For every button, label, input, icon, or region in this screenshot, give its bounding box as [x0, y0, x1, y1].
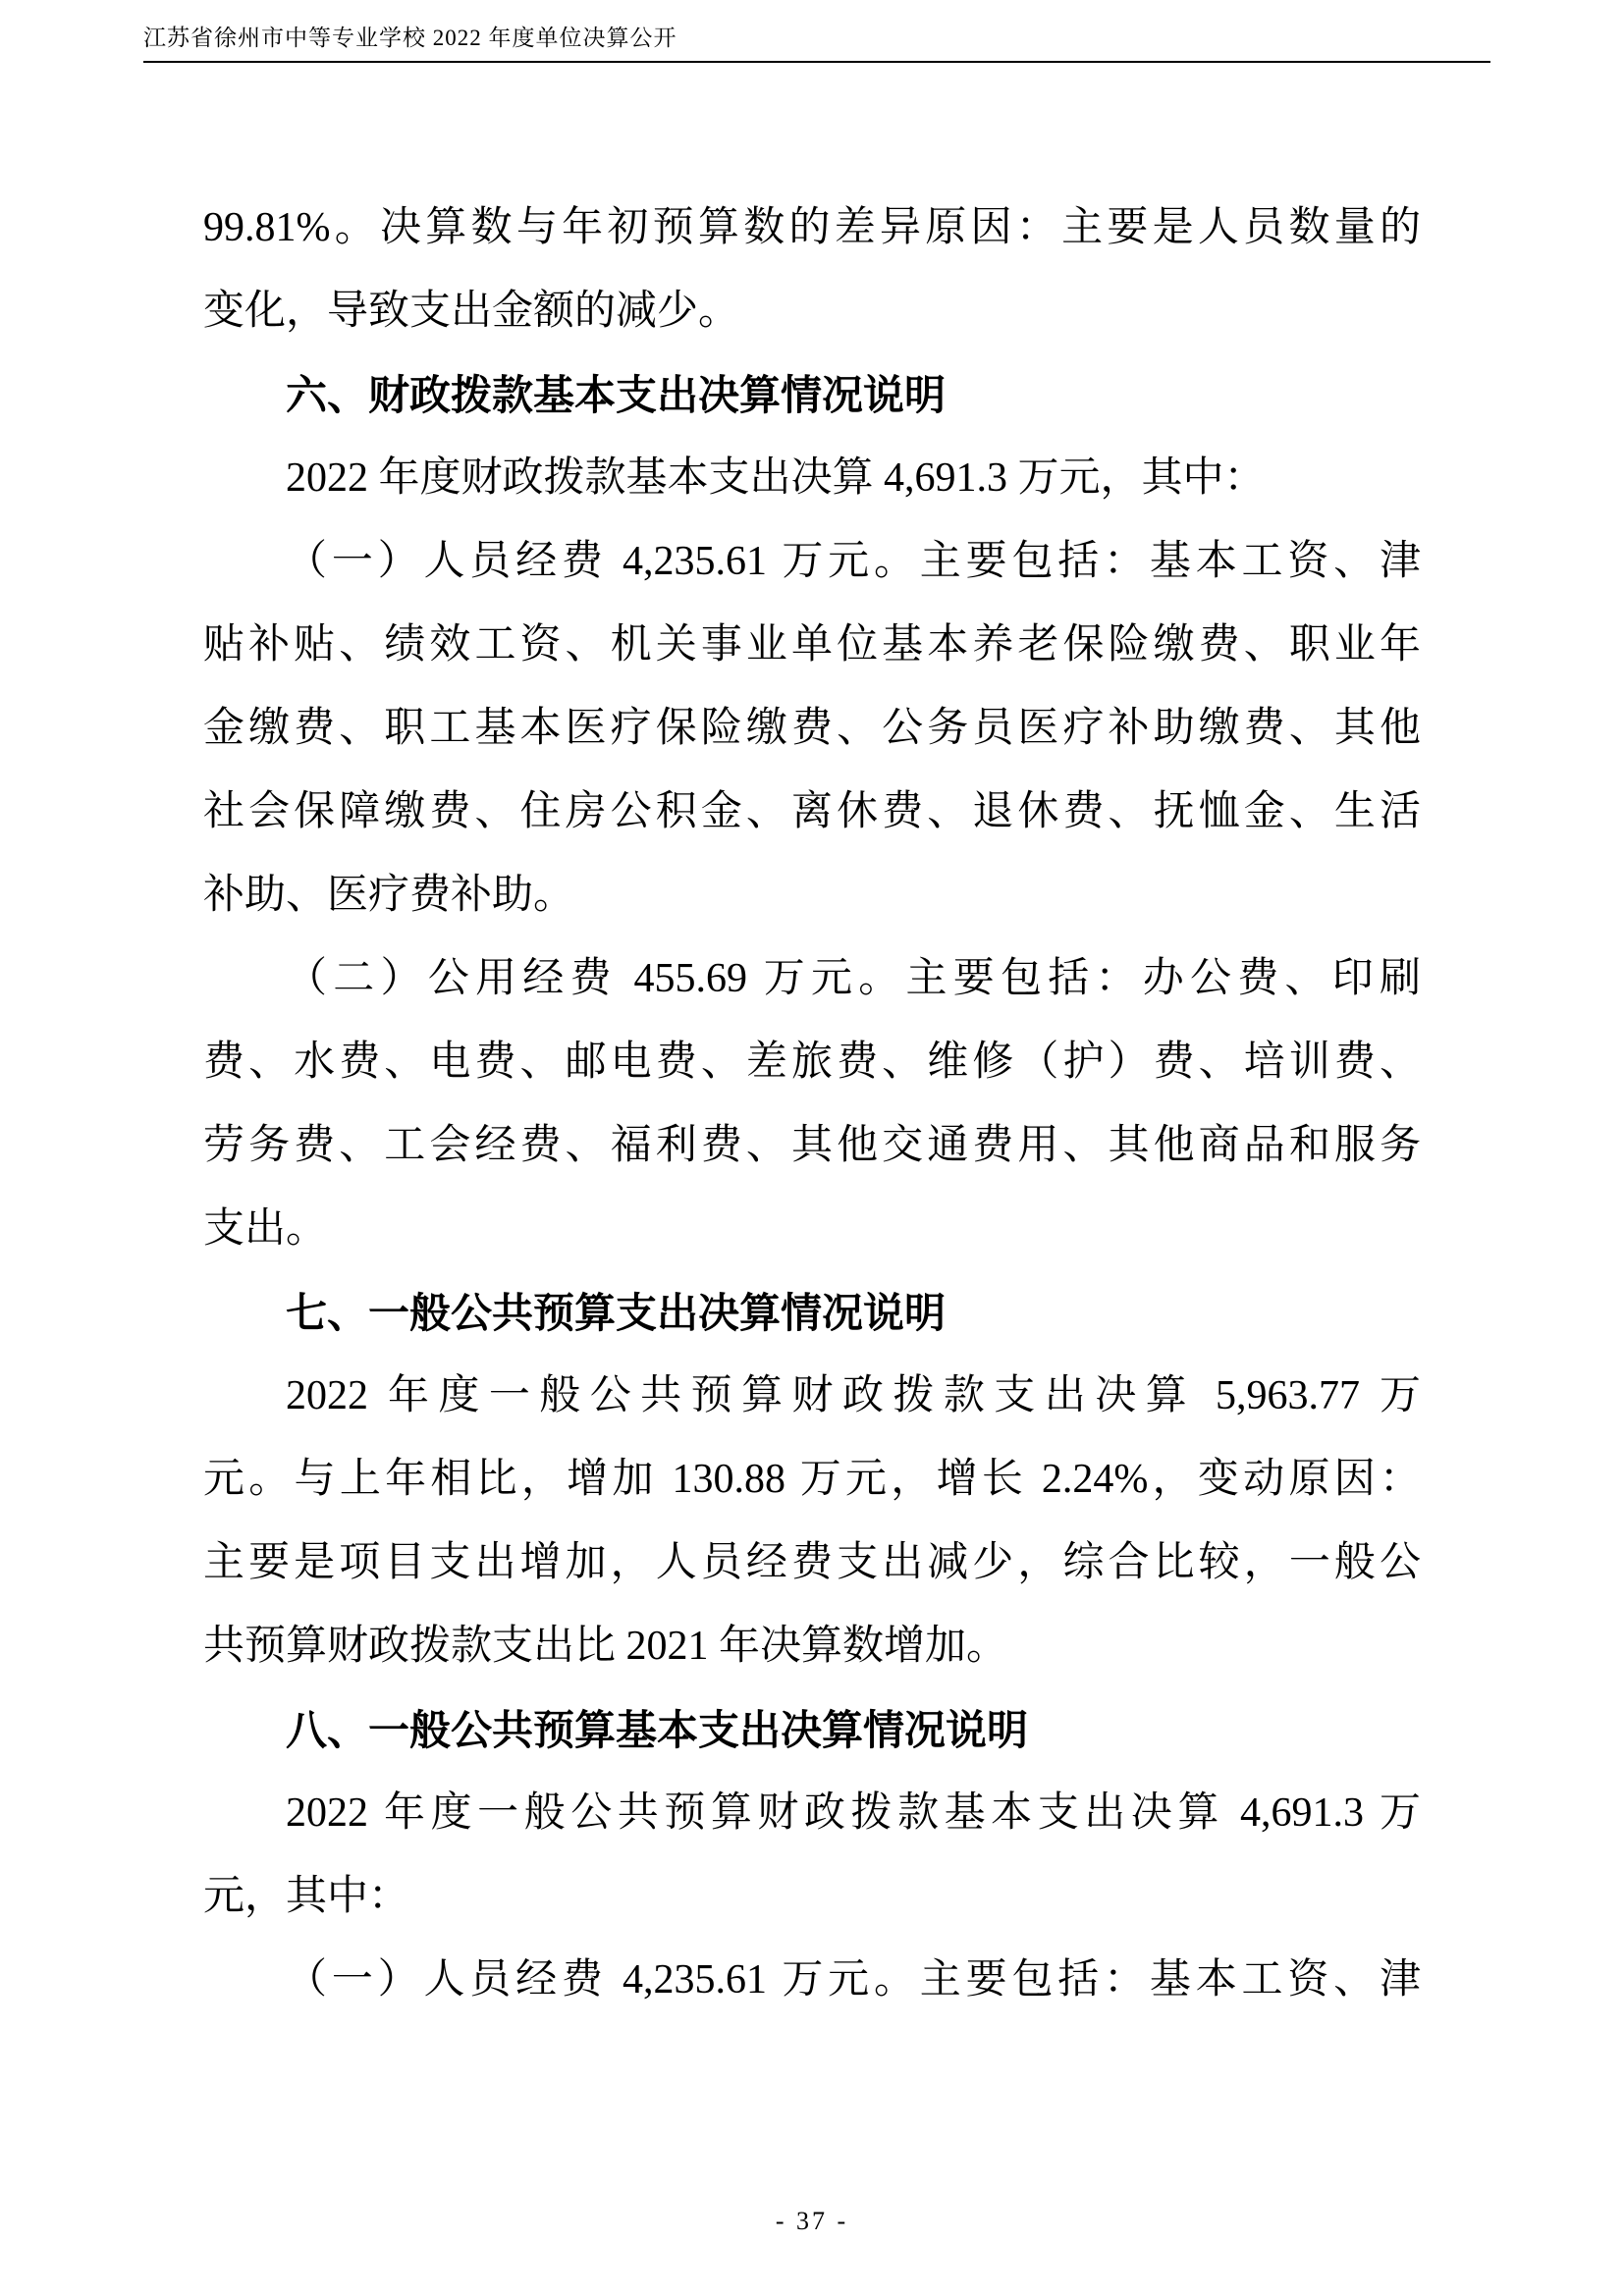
text-line: 2022 年度一般公共预算财政拨款支出决算 5,963.77 万: [203, 1355, 1421, 1438]
document-body: 99.81%。决算数与年初预算数的差异原因：主要是人员数量的变化，导致支出金额的…: [203, 187, 1421, 2022]
text-line: 费、水费、电费、邮电费、差旅费、维修（护）费、培训费、: [203, 1021, 1421, 1104]
text-line: 补助、医疗费补助。: [203, 854, 1421, 937]
text-line: （一）人员经费 4,235.61 万元。主要包括：基本工资、津: [203, 1939, 1421, 2022]
document-page: 江苏省徐州市中等专业学校 2022 年度单位决算公开 99.81%。决算数与年初…: [0, 0, 1624, 2296]
text-line: （二）公用经费 455.69 万元。主要包括：办公费、印刷: [203, 937, 1421, 1021]
section-heading-line: 六、财政拨款基本支出决算情况说明: [203, 353, 1421, 437]
text-line: 变化，导致支出金额的减少。: [203, 270, 1421, 353]
section-heading-line: 七、一般公共预算支出决算情况说明: [203, 1271, 1421, 1355]
text-line: 2022 年度财政拨款基本支出决算 4,691.3 万元，其中：: [203, 437, 1421, 520]
page-number: - 37 -: [0, 2207, 1624, 2236]
text-line: （一）人员经费 4,235.61 万元。主要包括：基本工资、津: [203, 520, 1421, 604]
text-line: 支出。: [203, 1188, 1421, 1271]
text-line: 金缴费、职工基本医疗保险缴费、公务员医疗补助缴费、其他: [203, 687, 1421, 771]
text-line: 社会保障缴费、住房公积金、离休费、退休费、抚恤金、生活: [203, 771, 1421, 854]
text-line: 劳务费、工会经费、福利费、其他交通费用、其他商品和服务: [203, 1104, 1421, 1188]
text-line: 共预算财政拨款支出比 2021 年决算数增加。: [203, 1605, 1421, 1688]
text-line: 贴补贴、绩效工资、机关事业单位基本养老保险缴费、职业年: [203, 604, 1421, 687]
text-line: 99.81%。决算数与年初预算数的差异原因：主要是人员数量的: [203, 187, 1421, 270]
page-header-title: 江苏省徐州市中等专业学校 2022 年度单位决算公开: [143, 22, 1490, 63]
text-line: 主要是项目支出增加，人员经费支出减少，综合比较，一般公: [203, 1522, 1421, 1605]
text-line: 元，其中：: [203, 1855, 1421, 1939]
text-line: 元。与上年相比，增加 130.88 万元，增长 2.24%，变动原因：: [203, 1438, 1421, 1522]
text-line: 2022 年度一般公共预算财政拨款基本支出决算 4,691.3 万: [203, 1772, 1421, 1855]
section-heading-line: 八、一般公共预算基本支出决算情况说明: [203, 1688, 1421, 1772]
